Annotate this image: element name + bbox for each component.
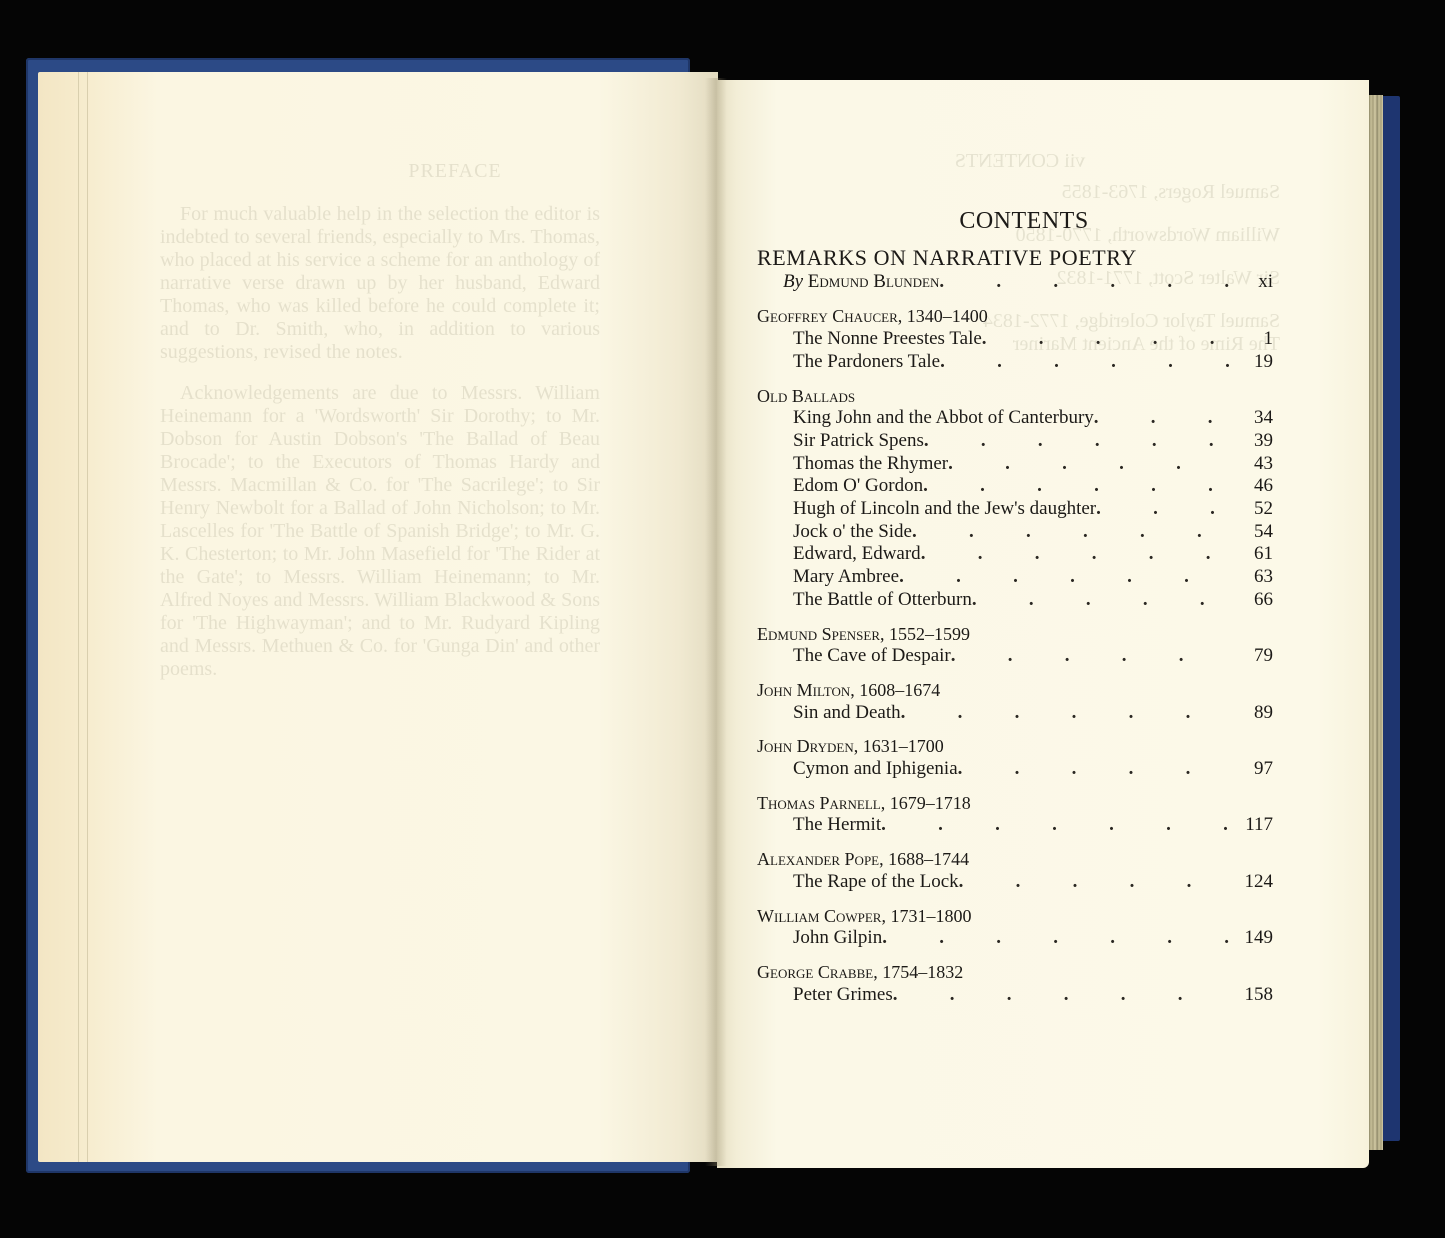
author-name: Thomas Parnell <box>757 793 881 813</box>
toc-entry[interactable]: The Nonne Preestes Tale1 <box>757 328 1273 351</box>
toc-entry[interactable]: The Hermit117 <box>757 814 1273 837</box>
toc-section: Thomas Parnell, 1679–1718The Hermit117 <box>757 792 1273 837</box>
entry-title: Jock o' the Side <box>793 521 912 544</box>
author-heading: Old Ballads <box>757 385 1273 408</box>
toc-section: Geoffrey Chaucer, 1340–1400The Nonne Pre… <box>757 305 1273 373</box>
toc-entry[interactable]: Peter Grimes158 <box>757 984 1273 1007</box>
toc-section: William Cowper, 1731–1800John Gilpin149 <box>757 905 1273 950</box>
page-number: 149 <box>1229 927 1273 950</box>
dot-leader <box>939 271 1229 294</box>
author-name: Alexander Pope <box>757 849 879 869</box>
toc-entry[interactable]: King John and the Abbot of Canterbury34 <box>757 407 1273 430</box>
dot-leader <box>899 566 1229 589</box>
author-dates: , 1731–1800 <box>881 906 971 926</box>
entry-title: Sin and Death <box>793 702 901 725</box>
toc-section: John Milton, 1608–1674Sin and Death89 <box>757 679 1273 724</box>
toc-entry[interactable]: Mary Ambree63 <box>757 566 1273 589</box>
entry-title: King John and the Abbot of Canterbury <box>793 407 1094 430</box>
author-heading: Edmund Spenser, 1552–1599 <box>757 623 1273 646</box>
toc-entry[interactable]: Sin and Death89 <box>757 702 1273 725</box>
entry-title: Hugh of Lincoln and the Jew's daughter <box>793 498 1096 521</box>
toc-entry[interactable]: Jock o' the Side54 <box>757 521 1273 544</box>
author-name: Old Ballads <box>757 386 855 406</box>
author-heading: William Cowper, 1731–1800 <box>757 905 1273 928</box>
entry-title: The Cave of Despair <box>793 645 951 668</box>
entry-title: Peter Grimes <box>793 984 893 1007</box>
page-number: 43 <box>1229 453 1273 476</box>
page-number: 124 <box>1229 871 1273 894</box>
dot-leader <box>972 589 1229 612</box>
entry-title: Edom O' Gordon <box>793 475 923 498</box>
author-name: John Dryden <box>757 736 854 756</box>
author-heading: John Dryden, 1631–1700 <box>757 735 1273 758</box>
page-number: 61 <box>1229 543 1273 566</box>
author-dates: , 1754–1832 <box>873 962 963 982</box>
entry-title: The Pardoners Tale <box>793 351 940 374</box>
page-number: 34 <box>1229 407 1273 430</box>
page-number: 97 <box>1229 758 1273 781</box>
toc-entry[interactable]: Edward, Edward61 <box>757 543 1273 566</box>
entry-title: Thomas the Rhymer <box>793 453 948 476</box>
remarks-author: Edmund Blunden <box>808 271 940 292</box>
dot-leader <box>948 453 1229 476</box>
page-number: 39 <box>1229 430 1273 453</box>
dot-leader <box>1096 498 1229 521</box>
author-dates: , 1688–1744 <box>879 849 969 869</box>
page-number: xi <box>1229 271 1273 294</box>
entry-title: The Nonne Preestes Tale <box>793 328 982 351</box>
toc-entry[interactable]: Sir Patrick Spens39 <box>757 430 1273 453</box>
author-name: William Cowper <box>757 906 881 926</box>
toc-section: Old BalladsKing John and the Abbot of Ca… <box>757 385 1273 612</box>
author-heading: Alexander Pope, 1688–1744 <box>757 848 1273 871</box>
author-heading: George Crabbe, 1754–1832 <box>757 961 1273 984</box>
dot-leader <box>912 521 1229 544</box>
page-number: 46 <box>1229 475 1273 498</box>
author-dates: , 1340–1400 <box>898 306 988 326</box>
entry-title: Mary Ambree <box>793 566 899 589</box>
dot-leader <box>940 351 1229 374</box>
author-heading: Thomas Parnell, 1679–1718 <box>757 792 1273 815</box>
entry-title: The Battle of Otterburn <box>793 589 972 612</box>
toc-entry[interactable]: Hugh of Lincoln and the Jew's daughter52 <box>757 498 1273 521</box>
endpaper-fold <box>78 72 88 1162</box>
page-number: 158 <box>1229 984 1273 1007</box>
toc-entry[interactable]: The Battle of Otterburn66 <box>757 589 1273 612</box>
toc-entry[interactable]: The Pardoners Tale19 <box>757 351 1273 374</box>
dot-leader <box>924 430 1229 453</box>
toc-entry[interactable]: Cymon and Iphigenia97 <box>757 758 1273 781</box>
dot-leader <box>1094 407 1229 430</box>
dot-leader <box>951 645 1229 668</box>
page-number: 1 <box>1229 328 1273 351</box>
entry-title: John Gilpin <box>793 927 882 950</box>
author-name: Edmund Spenser <box>757 624 880 644</box>
page-number: 66 <box>1229 589 1273 612</box>
toc-section: Edmund Spenser, 1552–1599The Cave of Des… <box>757 623 1273 668</box>
dot-leader <box>923 475 1229 498</box>
left-page <box>38 72 718 1162</box>
contents-title: CONTENTS <box>757 210 1273 233</box>
toc-section: Alexander Pope, 1688–1744The Rape of the… <box>757 848 1273 893</box>
entry-title: The Rape of the Lock <box>793 871 959 894</box>
toc-entry-remarks[interactable]: By Edmund Blunden xi <box>757 271 1273 294</box>
author-name: Geoffrey Chaucer <box>757 306 898 326</box>
dot-leader <box>958 758 1229 781</box>
author-name: George Crabbe <box>757 962 873 982</box>
page-number: 117 <box>1229 814 1273 837</box>
author-dates: , 1552–1599 <box>880 624 970 644</box>
toc-section: George Crabbe, 1754–1832Peter Grimes158 <box>757 961 1273 1006</box>
toc-entry[interactable]: John Gilpin149 <box>757 927 1273 950</box>
dot-leader <box>882 927 1229 950</box>
remarks-byline: By Edmund Blunden <box>783 271 939 294</box>
dot-leader <box>901 702 1229 725</box>
page-number: 63 <box>1229 566 1273 589</box>
entry-title: Cymon and Iphigenia <box>793 758 958 781</box>
table-of-contents: CONTENTS REMARKS ON NARRATIVE POETRY By … <box>757 210 1273 1006</box>
book-gutter <box>705 78 727 1166</box>
author-dates: , 1608–1674 <box>850 680 940 700</box>
author-heading: John Milton, 1608–1674 <box>757 679 1273 702</box>
entry-title: The Hermit <box>793 814 881 837</box>
toc-entry[interactable]: The Rape of the Lock124 <box>757 871 1273 894</box>
dot-leader <box>959 871 1229 894</box>
page-number: 89 <box>1229 702 1273 725</box>
entry-title: Sir Patrick Spens <box>793 430 924 453</box>
dot-leader <box>893 984 1229 1007</box>
toc-entry[interactable]: Edom O' Gordon46 <box>757 475 1273 498</box>
page-number: 52 <box>1229 498 1273 521</box>
dot-leader <box>921 543 1229 566</box>
by-prefix: By <box>783 271 803 292</box>
page-number: 19 <box>1229 351 1273 374</box>
dot-leader <box>982 328 1229 351</box>
page-number: 54 <box>1229 521 1273 544</box>
toc-entry[interactable]: The Cave of Despair79 <box>757 645 1273 668</box>
author-dates: , 1631–1700 <box>854 736 944 756</box>
toc-entry[interactable]: Thomas the Rhymer43 <box>757 453 1273 476</box>
remarks-heading: REMARKS ON NARRATIVE POETRY <box>757 245 1273 271</box>
toc-section: John Dryden, 1631–1700Cymon and Iphigeni… <box>757 735 1273 780</box>
dot-leader <box>881 814 1229 837</box>
author-dates: , 1679–1718 <box>881 793 971 813</box>
author-heading: Geoffrey Chaucer, 1340–1400 <box>757 305 1273 328</box>
entry-title: Edward, Edward <box>793 543 921 566</box>
page-number: 79 <box>1229 645 1273 668</box>
author-name: John Milton <box>757 680 850 700</box>
